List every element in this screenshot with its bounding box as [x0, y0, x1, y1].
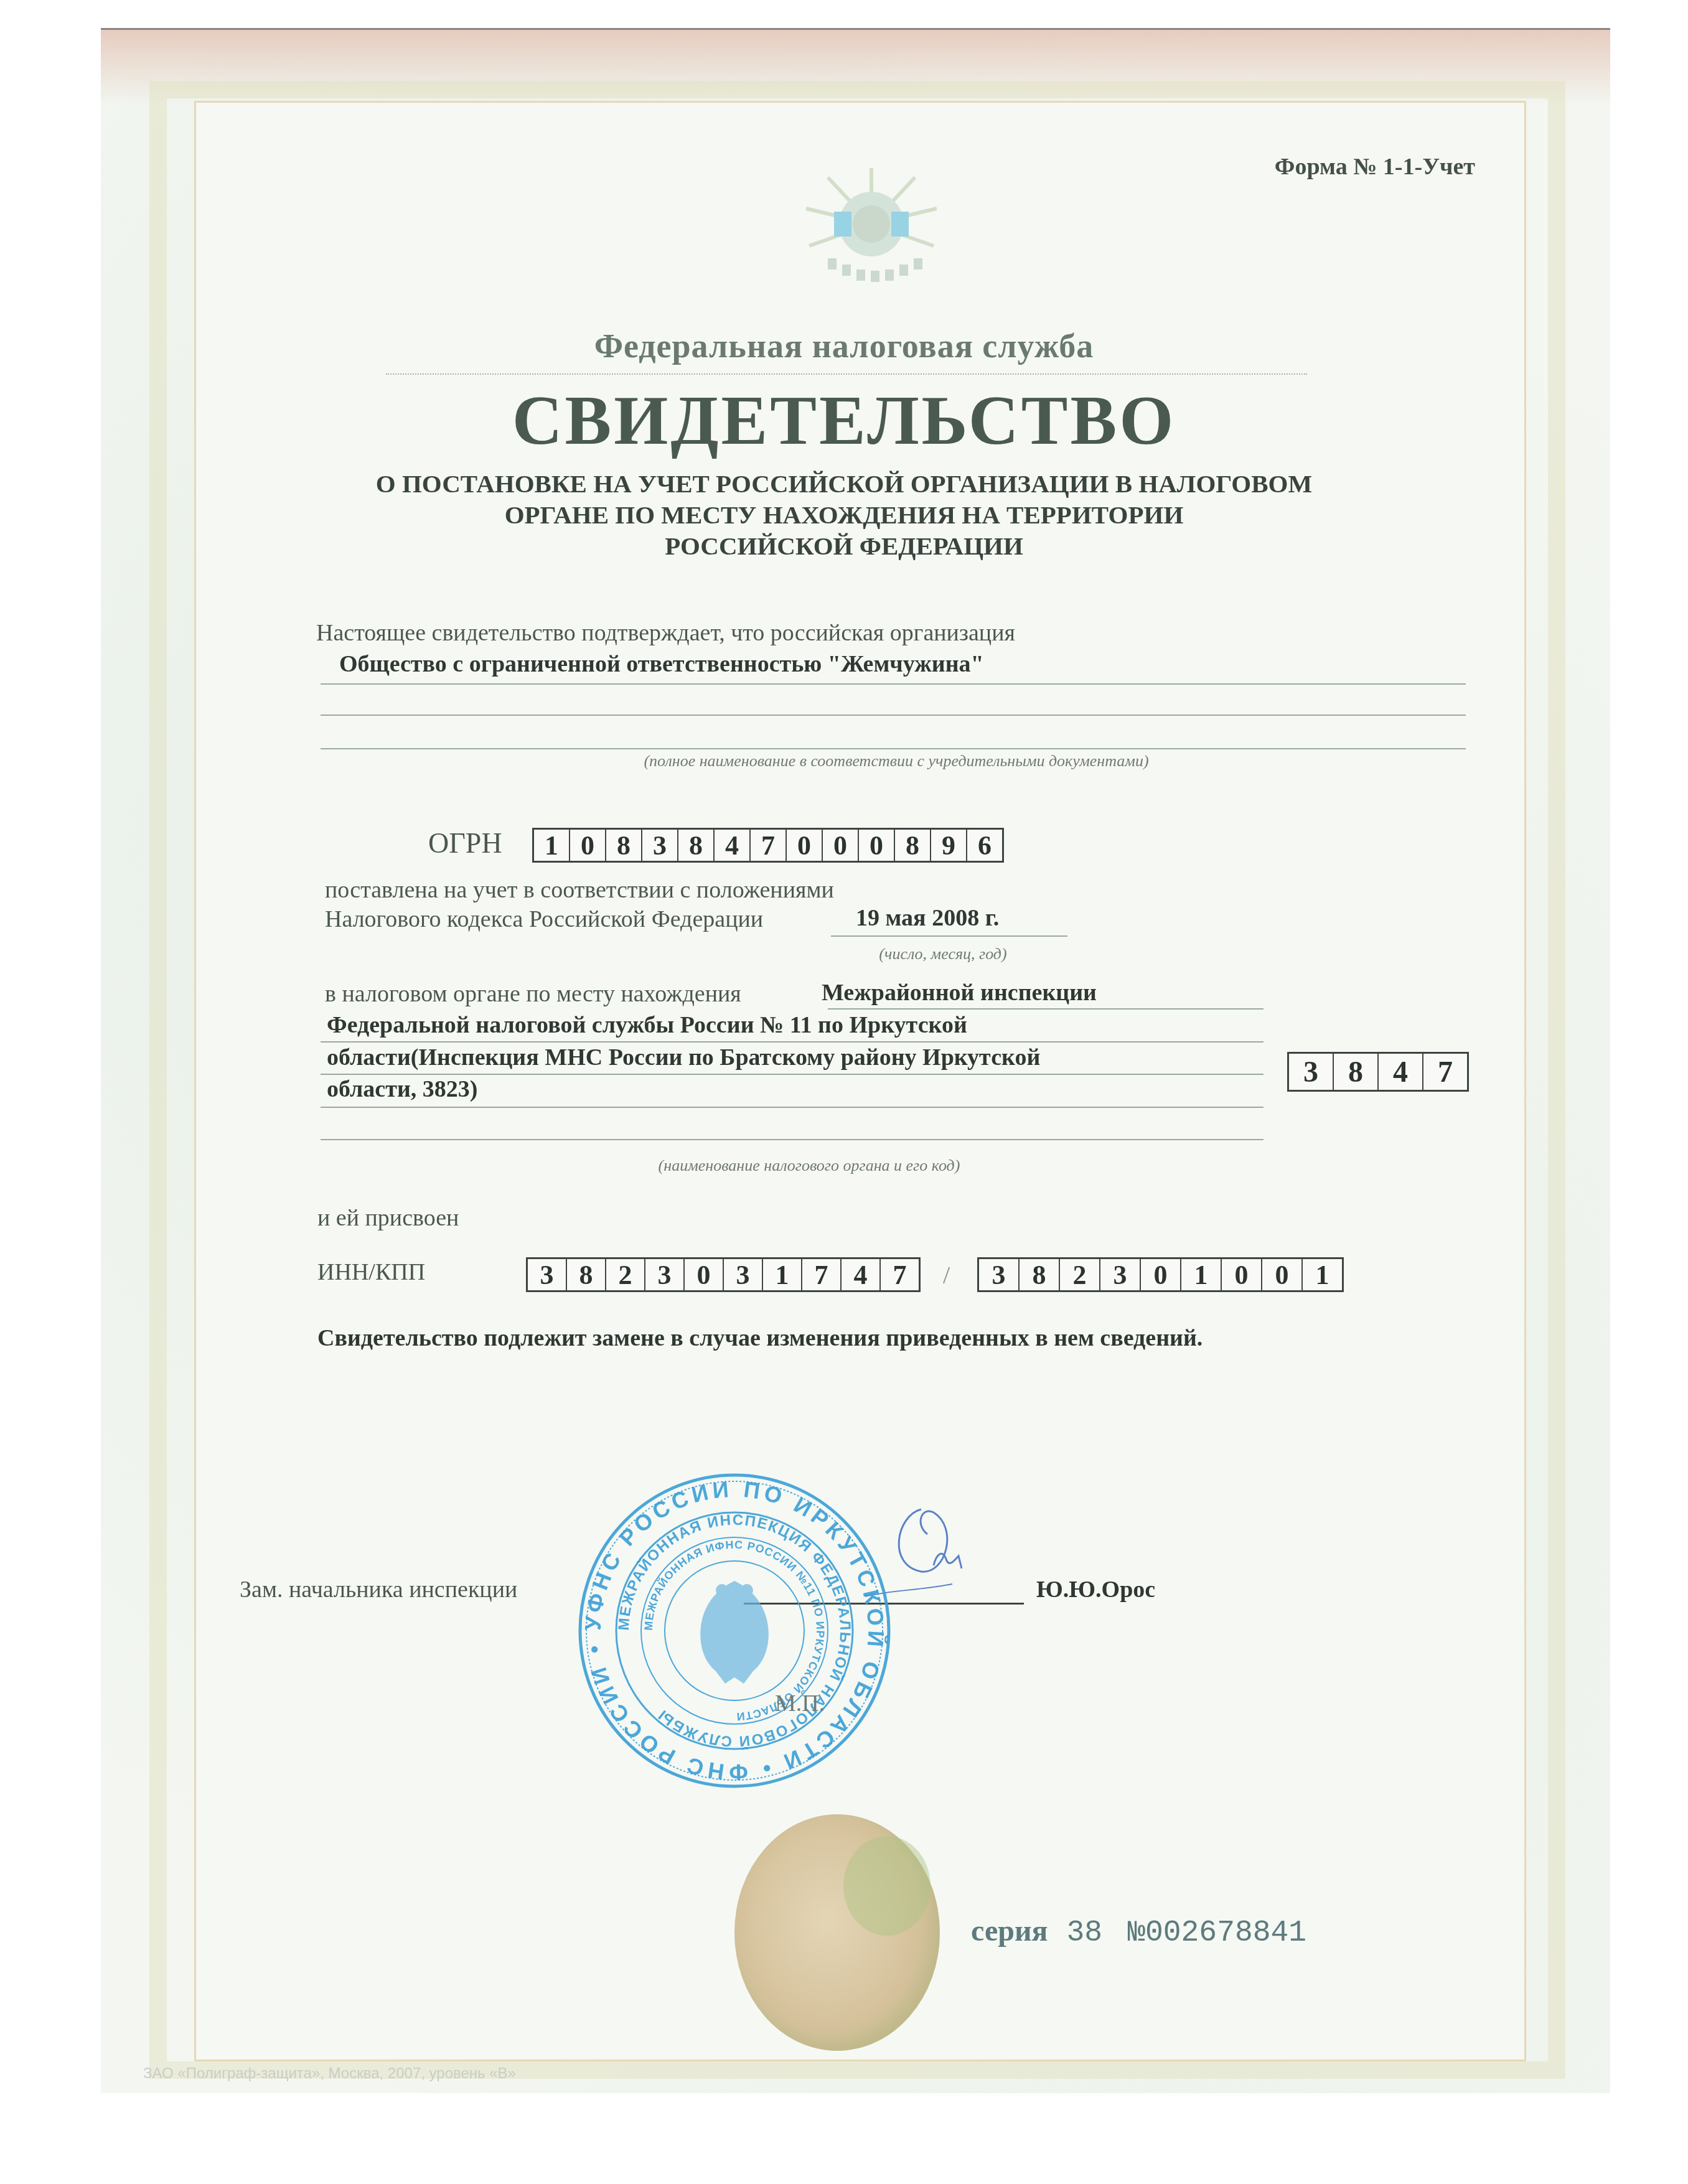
date-line [831, 935, 1067, 937]
tax-authority-name-line: Межрайонной инспекции [822, 979, 1097, 1006]
digit-cell: 1 [1303, 1259, 1342, 1290]
digit-cell: 7 [881, 1259, 919, 1290]
digit-cell: 7 [1423, 1054, 1467, 1090]
series-block: серия38№002678841 [971, 1914, 1306, 1950]
tax-authority-intro: в налоговом органе по месту нахождения [325, 980, 741, 1008]
series-label: серия [971, 1915, 1048, 1947]
digit-cell: 6 [967, 830, 1002, 861]
fill-line [321, 1074, 1264, 1075]
kpp-digit-boxes: 382301001 [977, 1257, 1344, 1292]
fill-line [321, 748, 1466, 749]
registration-date: 19 мая 2008 г. [856, 904, 999, 932]
digit-cell: 1 [1181, 1259, 1222, 1290]
agency-divider [386, 373, 1307, 375]
digit-cell: 7 [751, 830, 787, 861]
subtitle-line: О ПОСТАНОВКЕ НА УЧЕТ РОССИЙСКОЙ ОРГАНИЗА… [0, 468, 1688, 499]
tax-authority-caption: (наименование налогового органа и его ко… [560, 1156, 1058, 1175]
inn-kpp-label: ИНН/КПП [317, 1258, 425, 1286]
serial-number: №002678841 [1127, 1916, 1306, 1950]
digit-cell: 3 [1289, 1054, 1334, 1090]
organization-name: Общество с ограниченной ответственностью… [339, 650, 984, 678]
digit-cell: 3 [642, 830, 678, 861]
digit-cell: 0 [685, 1259, 724, 1290]
digit-cell: 8 [1334, 1054, 1379, 1090]
registration-line-2: Налогового кодекса Российской Федерации [325, 906, 763, 933]
tax-authority-name-line: Федеральной налоговой службы России № 11… [327, 1011, 967, 1039]
subtitle-line: ОРГАНЕ ПО МЕСТУ НАХОЖДЕНИЯ НА ТЕРРИТОРИИ [0, 499, 1688, 530]
digit-cell: 7 [802, 1259, 842, 1290]
tax-authority-code-boxes: 3847 [1287, 1052, 1469, 1092]
digit-cell: 8 [606, 830, 642, 861]
inn-kpp-separator: / [943, 1260, 950, 1290]
fill-line [321, 1139, 1264, 1140]
registration-line-1: поставлена на учет в соответствии с поло… [325, 876, 834, 904]
digit-cell: 0 [823, 830, 859, 861]
digit-cell: 8 [567, 1259, 606, 1290]
ogrn-label: ОГРН [428, 827, 502, 860]
digit-cell: 3 [724, 1259, 763, 1290]
digit-cell: 4 [842, 1259, 881, 1290]
signer-position: Зам. начальника инспекции [240, 1576, 517, 1603]
inn-digit-boxes: 3823031747 [526, 1257, 921, 1292]
fns-emblem-icon [794, 165, 949, 289]
tax-authority-name-line: области, 3823) [327, 1076, 477, 1103]
document-subtitle: О ПОСТАНОВКЕ НА УЧЕТ РОССИЙСКОЙ ОРГАНИЗА… [0, 468, 1688, 561]
fill-line [321, 683, 1466, 685]
hologram-highlight [843, 1836, 931, 1936]
digit-cell: 8 [895, 830, 931, 861]
digit-cell: 4 [1379, 1054, 1423, 1090]
seal-place-mark: М.П. [775, 1690, 825, 1717]
form-number: Форма № 1-1-Учет [1275, 153, 1475, 180]
digit-cell: 0 [1262, 1259, 1303, 1290]
digit-cell: 0 [1141, 1259, 1181, 1290]
digit-cell: 3 [1100, 1259, 1141, 1290]
subtitle-line: РОССИЙСКОЙ ФЕДЕРАЦИИ [0, 530, 1688, 561]
tax-authority-name-line: области(Инспекция МНС России по Братском… [327, 1044, 1040, 1071]
digit-cell: 0 [787, 830, 823, 861]
ogrn-digit-boxes: 1083847000896 [532, 828, 1004, 863]
digit-cell: 8 [678, 830, 715, 861]
organization-name-caption: (полное наименование в соответствии с уч… [554, 752, 1239, 771]
series-number: 38 [1067, 1916, 1103, 1950]
digit-cell: 0 [570, 830, 606, 861]
digit-cell: 4 [715, 830, 751, 861]
digit-cell: 1 [534, 830, 570, 861]
digit-cell: 2 [1060, 1259, 1100, 1290]
agency-name: Федеральная налоговая служба [0, 327, 1688, 365]
official-stamp: УФНС РОССИИ ПО ИРКУТСКОЙ ОБЛАСТИ • ФНС Р… [576, 1472, 893, 1789]
digit-cell: 8 [1020, 1259, 1060, 1290]
double-headed-eagle-icon [700, 1581, 769, 1684]
fill-line [321, 1107, 1264, 1108]
digit-cell: 0 [859, 830, 895, 861]
organization-intro: Настоящее свидетельство подтверждает, чт… [316, 619, 1015, 647]
digit-cell: 9 [931, 830, 967, 861]
date-caption: (число, месяц, год) [850, 945, 1036, 963]
digit-cell: 3 [979, 1259, 1020, 1290]
digit-cell: 0 [1222, 1259, 1262, 1290]
digit-cell: 3 [645, 1259, 685, 1290]
replacement-notice: Свидетельство подлежит замене в случае и… [317, 1324, 1203, 1352]
digit-cell: 2 [606, 1259, 645, 1290]
digit-cell: 1 [763, 1259, 802, 1290]
fill-line [321, 1041, 1264, 1043]
printer-imprint: ЗАО «Полиграф-защита», Москва, 2007, уро… [143, 2065, 516, 2083]
signer-name: Ю.Ю.Орос [1036, 1576, 1155, 1603]
digit-cell: 3 [528, 1259, 567, 1290]
fill-line [828, 1008, 1264, 1010]
document-title: СВИДЕТЕЛЬСТВО [0, 381, 1688, 461]
fill-line [321, 715, 1466, 716]
assignment-intro: и ей присвоен [317, 1204, 459, 1232]
